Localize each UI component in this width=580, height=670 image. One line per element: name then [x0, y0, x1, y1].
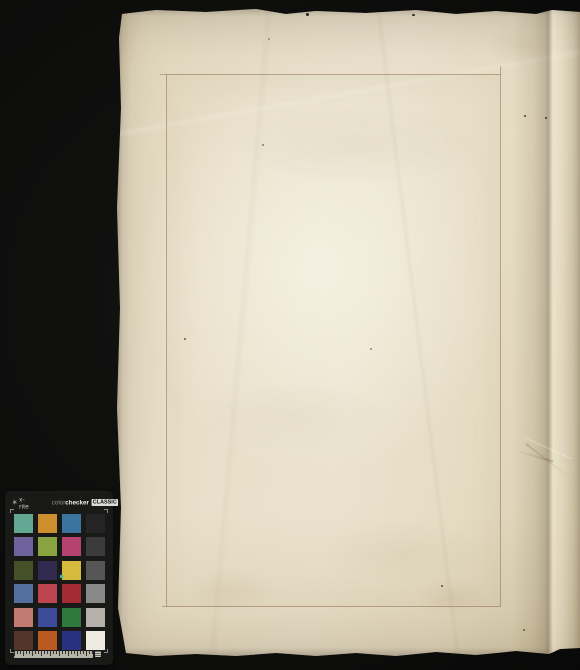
color-patch: [62, 584, 81, 603]
color-patch: [38, 561, 57, 580]
color-patch: [62, 514, 81, 533]
color-patch: [14, 584, 33, 603]
color-patch: [86, 514, 105, 533]
foxing-speck: [306, 13, 309, 16]
xrite-brand-label: x-rite: [19, 495, 29, 510]
foxing-speck: [524, 115, 526, 117]
foxing-speck: [184, 338, 186, 340]
color-patch: [38, 514, 57, 533]
ruled-border-overshoot: [500, 66, 501, 75]
colorchecker-patch-grid: [14, 514, 105, 650]
paper-stain: [416, 578, 486, 618]
colorchecker-product: color checker CLASSIC: [51, 499, 118, 506]
xrite-brand: ✳ x-rite: [12, 495, 29, 510]
color-patch: [86, 631, 105, 650]
color-patch: [62, 631, 81, 650]
ruled-border-overshoot: [160, 74, 167, 75]
paper-stain: [486, 20, 556, 70]
paper-texture-layer: [116, 8, 580, 657]
colorchecker-header: ✳ x-rite color checker CLASSIC: [6, 492, 112, 513]
color-patch: [62, 561, 81, 580]
fold-crease: [526, 438, 572, 459]
color-patch: [38, 584, 57, 603]
color-patch: [86, 537, 105, 556]
fold-crease: [514, 450, 553, 463]
color-patch: [38, 631, 57, 650]
color-patch: [62, 537, 81, 556]
color-patch: [86, 561, 105, 580]
foxing-speck: [412, 14, 415, 16]
product-label-checker: checker: [65, 499, 89, 506]
colorchecker-card: ✳ x-rite color checker CLASSIC: [6, 492, 112, 664]
classic-badge: CLASSIC: [91, 499, 118, 506]
ruled-border-overshoot: [162, 606, 167, 607]
color-patch: [62, 608, 81, 627]
color-patch: [86, 608, 105, 627]
xrite-logo-icon: ✳: [12, 499, 17, 506]
color-patch: [86, 584, 105, 603]
color-patch: [14, 631, 33, 650]
foxing-speck: [441, 585, 443, 587]
gutter-fold-shadow: [116, 8, 580, 657]
paper-stain: [186, 568, 276, 613]
digitized-page-photo: ✳ x-rite color checker CLASSIC: [0, 0, 580, 670]
foxing-speck: [268, 38, 270, 40]
color-patch: [14, 514, 33, 533]
color-patch: [14, 537, 33, 556]
fiducial-dot-icon: [60, 575, 63, 578]
product-label-color: color: [51, 499, 65, 506]
color-patch: [14, 561, 33, 580]
fold-crease: [525, 443, 570, 479]
color-patch: [14, 608, 33, 627]
color-patch: [38, 537, 57, 556]
color-patch: [38, 608, 57, 627]
foxing-speck: [523, 629, 525, 631]
ruler-end-chip: [95, 651, 101, 657]
paper-edge-shadow: [116, 8, 580, 657]
foxing-speck: [545, 117, 547, 119]
ruler-strip: [14, 651, 93, 658]
manuscript-leaf: [116, 8, 580, 657]
foxing-speck: [262, 144, 264, 146]
foxing-speck: [370, 348, 372, 350]
ruled-border-frame: [166, 74, 501, 607]
